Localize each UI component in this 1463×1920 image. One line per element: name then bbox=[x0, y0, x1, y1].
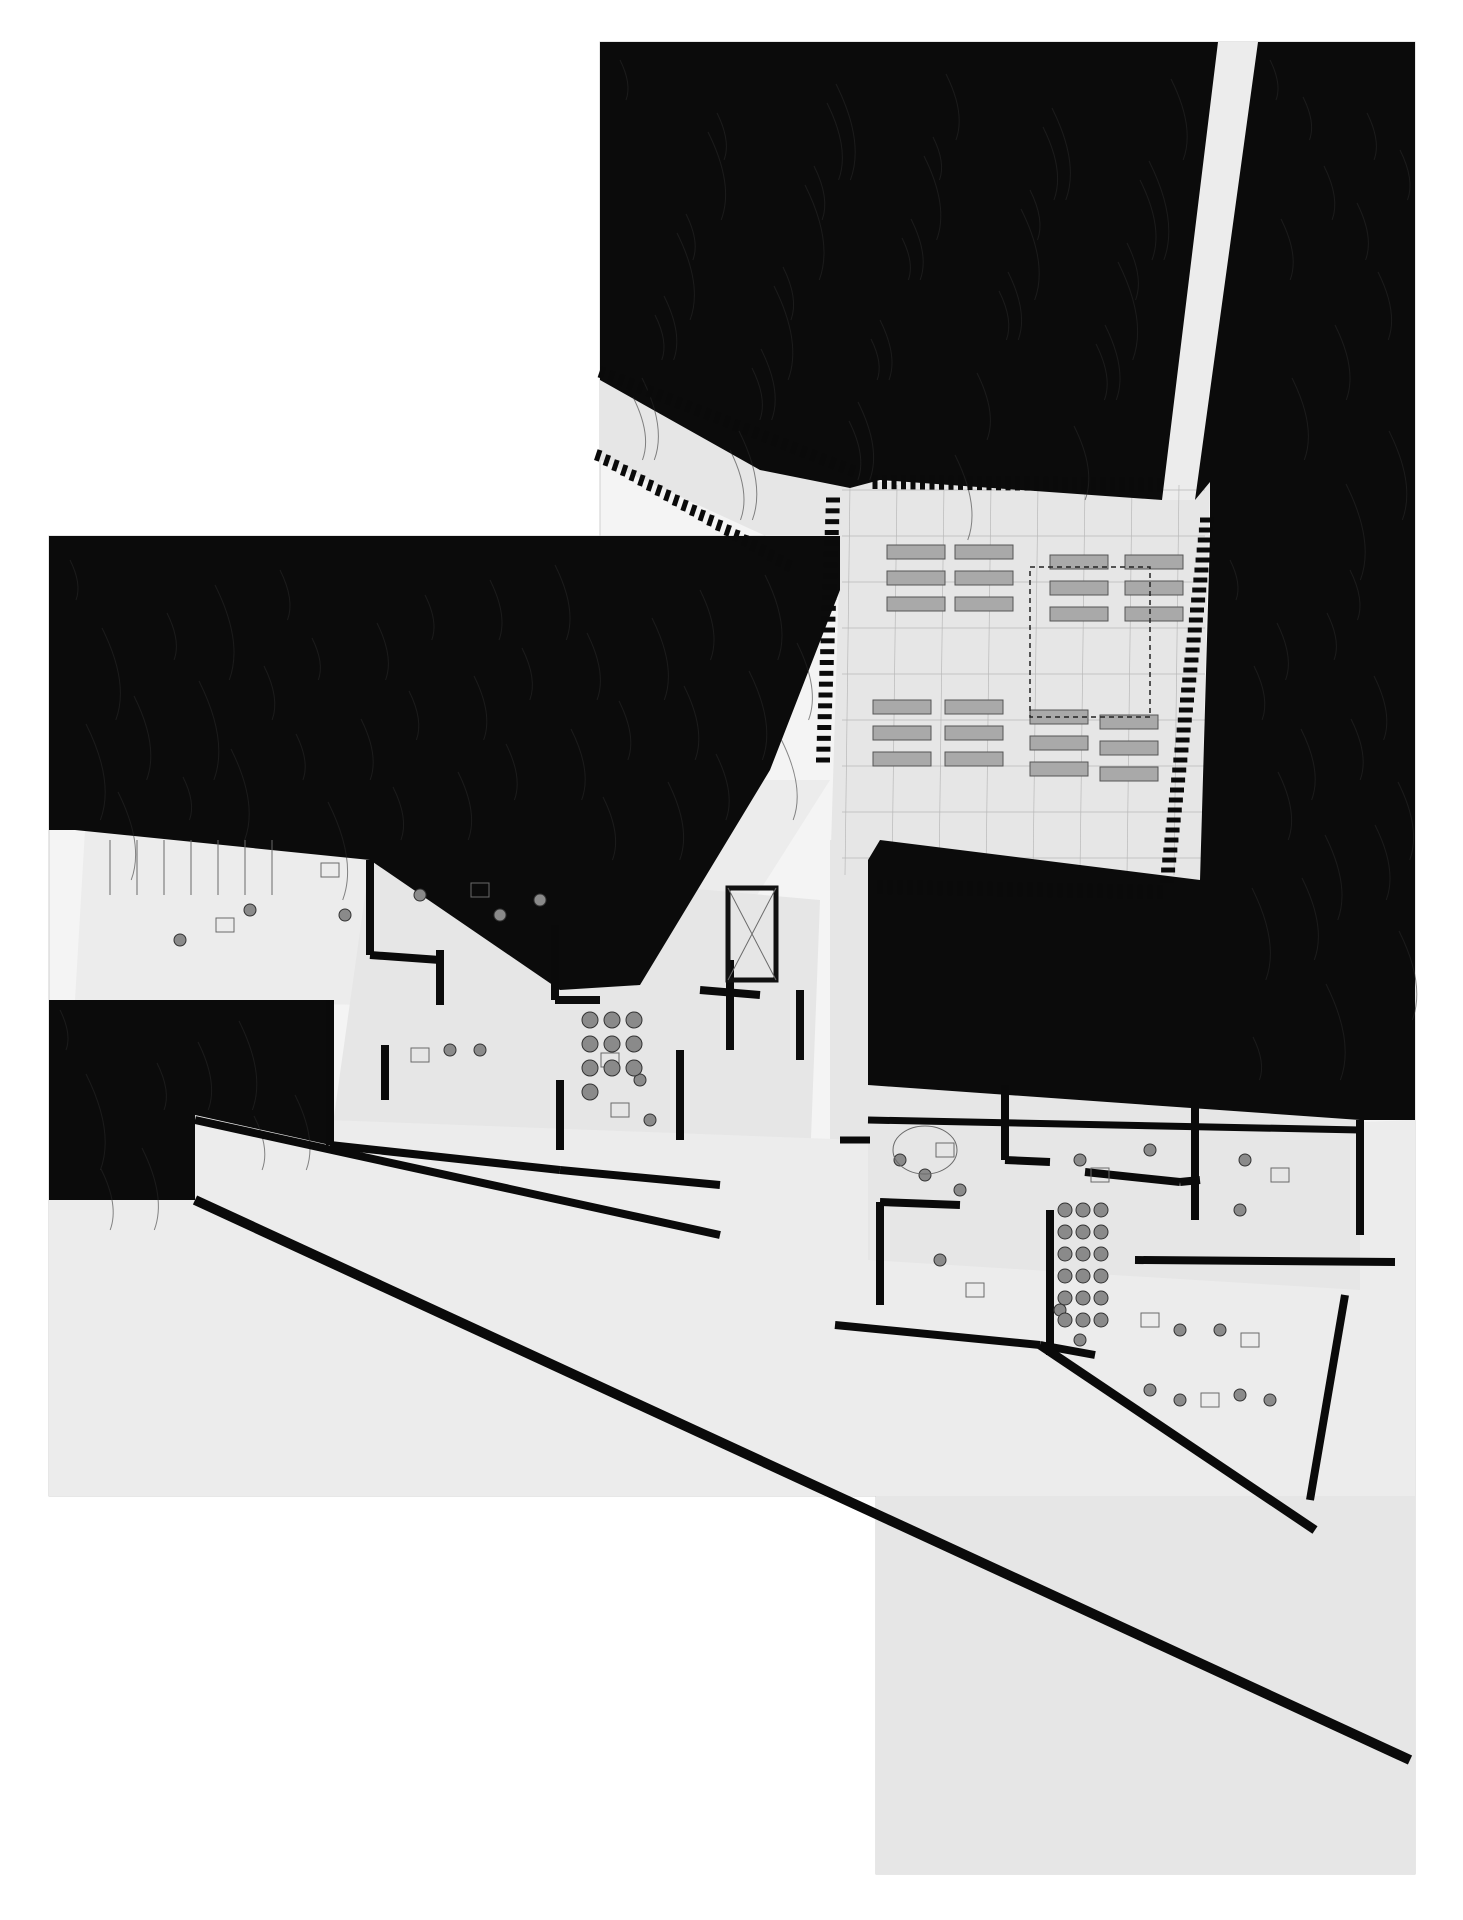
plant-sketch bbox=[1174, 1324, 1186, 1336]
floor-plan-drawing bbox=[0, 0, 1463, 1920]
plant-sketch bbox=[1074, 1154, 1086, 1166]
garden-plant bbox=[1076, 1269, 1090, 1283]
colonnade-tooth bbox=[691, 505, 695, 516]
plant-sketch bbox=[1144, 1144, 1156, 1156]
colonnade-tooth bbox=[760, 545, 764, 556]
plant-sketch bbox=[1074, 1334, 1086, 1346]
courtyard-plant bbox=[582, 1060, 598, 1076]
plant-sketch bbox=[244, 904, 256, 916]
colonnade-tooth bbox=[792, 443, 796, 454]
plaza-bench bbox=[1125, 581, 1183, 595]
courtyard-plant bbox=[604, 1012, 620, 1028]
courtyard-plant bbox=[582, 1012, 598, 1028]
garden-plant bbox=[1094, 1247, 1108, 1261]
colonnade-tooth bbox=[667, 394, 671, 405]
interior-wall bbox=[1180, 1180, 1200, 1182]
colonnade-tooth bbox=[640, 475, 644, 486]
colonnade-tooth bbox=[778, 555, 782, 566]
colonnade-tooth bbox=[677, 397, 681, 408]
plant-sketch bbox=[1174, 1394, 1186, 1406]
plaza-bench bbox=[945, 726, 1003, 740]
colonnade-tooth bbox=[783, 439, 787, 450]
colonnade-tooth bbox=[802, 446, 806, 457]
plaza-bench bbox=[1125, 607, 1183, 621]
colonnade-tooth bbox=[610, 371, 614, 382]
plaza-bench bbox=[887, 571, 945, 585]
floor-region bbox=[830, 482, 1210, 880]
courtyard-plant bbox=[604, 1060, 620, 1076]
interior-wall bbox=[880, 1202, 960, 1205]
plaza-bench bbox=[1100, 741, 1158, 755]
colonnade-tooth bbox=[614, 460, 618, 471]
colonnade-tooth bbox=[674, 495, 678, 506]
colonnade-tooth bbox=[725, 416, 729, 427]
garden-plant bbox=[1094, 1225, 1108, 1239]
colonnade-tooth bbox=[596, 450, 600, 461]
plaza-bench bbox=[1030, 736, 1088, 750]
colonnade-tooth bbox=[629, 379, 633, 390]
colonnade-tooth bbox=[850, 465, 854, 476]
garden-plant bbox=[1058, 1225, 1072, 1239]
garden-plant bbox=[1076, 1247, 1090, 1261]
garden-plant bbox=[1076, 1313, 1090, 1327]
colonnade-tooth bbox=[786, 560, 790, 571]
colonnade-tooth bbox=[735, 420, 739, 431]
garden-plant bbox=[1094, 1291, 1108, 1305]
plaza-bench bbox=[955, 597, 1013, 611]
plant-sketch bbox=[174, 934, 186, 946]
colonnade-tooth bbox=[605, 455, 609, 466]
colonnade-tooth bbox=[840, 461, 844, 472]
plaza-bench bbox=[873, 752, 931, 766]
plaza-bench bbox=[945, 700, 1003, 714]
plant-sketch bbox=[494, 909, 506, 921]
colonnade-tooth bbox=[752, 540, 756, 551]
colonnade-tooth bbox=[735, 530, 739, 541]
garden-plant bbox=[1058, 1291, 1072, 1305]
plant-sketch bbox=[1144, 1384, 1156, 1396]
plant-sketch bbox=[534, 894, 546, 906]
plant-sketch bbox=[414, 889, 426, 901]
interior-wall bbox=[1135, 1260, 1395, 1262]
colonnade-tooth bbox=[658, 390, 662, 401]
plaza-bench bbox=[1050, 607, 1108, 621]
colonnade-tooth bbox=[773, 435, 777, 446]
plaza-bench bbox=[1030, 762, 1088, 776]
garden-plant bbox=[1076, 1225, 1090, 1239]
colonnade-tooth bbox=[657, 485, 661, 496]
colonnade-tooth bbox=[821, 454, 825, 465]
colonnade-tooth bbox=[715, 412, 719, 423]
garden-plant bbox=[1058, 1269, 1072, 1283]
colonnade-tooth bbox=[638, 382, 642, 393]
courtyard-plant bbox=[626, 1060, 642, 1076]
colonnade-tooth bbox=[619, 375, 623, 386]
solid-mass bbox=[600, 42, 1218, 500]
plant-sketch bbox=[934, 1254, 946, 1266]
plant-sketch bbox=[474, 1044, 486, 1056]
plant-sketch bbox=[1239, 1154, 1251, 1166]
plaza-bench bbox=[887, 545, 945, 559]
plaza-bench bbox=[1100, 767, 1158, 781]
garden-plant bbox=[1058, 1313, 1072, 1327]
colonnade-tooth bbox=[754, 428, 758, 439]
colonnade-tooth bbox=[812, 450, 816, 461]
colonnade-tooth bbox=[683, 500, 687, 511]
plant-sketch bbox=[1234, 1389, 1246, 1401]
interior-wall bbox=[370, 955, 440, 960]
colonnade-tooth bbox=[665, 490, 669, 501]
plant-sketch bbox=[954, 1184, 966, 1196]
plant-sketch bbox=[1214, 1324, 1226, 1336]
colonnade-tooth bbox=[726, 525, 730, 536]
garden-plant bbox=[1094, 1203, 1108, 1217]
colonnade-tooth bbox=[769, 550, 773, 561]
plaza-bench bbox=[887, 597, 945, 611]
colonnade-tooth bbox=[706, 409, 710, 420]
courtyard-plant bbox=[626, 1036, 642, 1052]
plaza-bench bbox=[873, 726, 931, 740]
plaza-bench bbox=[955, 545, 1013, 559]
colonnade-tooth bbox=[743, 535, 747, 546]
colonnade-tooth bbox=[648, 480, 652, 491]
courtyard-plant bbox=[604, 1036, 620, 1052]
plant-sketch bbox=[644, 1114, 656, 1126]
colonnade-tooth bbox=[831, 458, 835, 469]
colonnade-tooth bbox=[744, 424, 748, 435]
colonnade-tooth bbox=[717, 520, 721, 531]
plant-sketch bbox=[444, 1044, 456, 1056]
colonnade-tooth bbox=[696, 405, 700, 416]
plant-sketch bbox=[1264, 1394, 1276, 1406]
plaza-bench bbox=[1050, 581, 1108, 595]
garden-plant bbox=[1094, 1313, 1108, 1327]
colonnade-tooth bbox=[763, 431, 767, 442]
plaza-bench bbox=[945, 752, 1003, 766]
colonnade-tooth bbox=[622, 465, 626, 476]
courtyard-plant bbox=[626, 1012, 642, 1028]
courtyard-plant bbox=[582, 1036, 598, 1052]
interior-wall bbox=[1005, 1160, 1050, 1162]
colonnade-tooth bbox=[600, 367, 604, 378]
colonnade-tooth bbox=[700, 510, 704, 521]
plaza-bench bbox=[873, 700, 931, 714]
colonnade-tooth bbox=[648, 386, 652, 397]
colonnade-tooth bbox=[709, 515, 713, 526]
plant-sketch bbox=[1234, 1204, 1246, 1216]
plant-sketch bbox=[919, 1169, 931, 1181]
courtyard-plant bbox=[582, 1084, 598, 1100]
plaza-bench bbox=[955, 571, 1013, 585]
garden-plant bbox=[1058, 1247, 1072, 1261]
garden-plant bbox=[1094, 1269, 1108, 1283]
garden-plant bbox=[1058, 1203, 1072, 1217]
colonnade-tooth bbox=[687, 401, 691, 412]
garden-plant bbox=[1076, 1203, 1090, 1217]
plant-sketch bbox=[339, 909, 351, 921]
colonnade-tooth bbox=[631, 470, 635, 481]
garden-plant bbox=[1076, 1291, 1090, 1305]
